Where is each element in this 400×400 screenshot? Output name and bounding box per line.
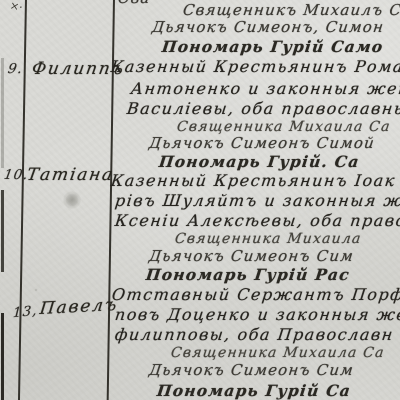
entry-name: Татіана <box>25 165 115 185</box>
page-edge-line <box>1 190 4 272</box>
entry-number: 13, <box>12 303 38 321</box>
handwritten-line: рівъ Шуляйтъ и законныя жи <box>114 193 400 209</box>
handwritten-line: Василіевы, оба православны <box>126 101 400 117</box>
handwritten-line: Казенный Крестьянинъ Іоак <box>110 173 397 189</box>
handwritten-line: Дьячокъ Симеонъ Симой <box>148 136 376 151</box>
handwritten-line: филипповы, оба Православн <box>114 327 395 343</box>
handwritten-line: Пономарь Гурій Само <box>161 39 384 55</box>
handwritten-line: Священника Михаила Са <box>170 346 385 360</box>
handwritten-line: Отставный Сержантъ Порфир <box>111 287 400 303</box>
margin-mark: ×· <box>9 0 24 14</box>
handwritten-line: Ксеніи Алексѣевы, оба правос <box>114 213 400 229</box>
handwritten-line: Священникъ Михаилъ Са <box>182 3 400 18</box>
entry-name: Павелъ <box>39 295 120 319</box>
handwritten-line: Пономарь Гурій Са <box>156 383 352 399</box>
handwritten-line: Священника Михаила Са <box>176 120 391 134</box>
entry-number: 9. <box>7 61 24 77</box>
handwritten-line: повъ Доценко и законныя жен <box>114 307 400 323</box>
ink-smudge <box>63 191 81 209</box>
cut-off-text-fragment: Сва <box>117 0 152 6</box>
page-edge-line <box>1 58 4 168</box>
handwritten-line: Казенный Крестьянинъ Романъ <box>110 59 400 75</box>
handwritten-line: Дьячокъ Симеонъ, Симон <box>151 20 385 35</box>
handwritten-line: Пономарь Гурій Рас <box>145 267 351 283</box>
handwritten-line: Дьячокъ Симеонъ Сим <box>148 249 355 264</box>
handwritten-line: Антоненко и законныя жена ег <box>130 81 400 97</box>
page-edge-line <box>1 313 4 400</box>
document-scan: ×· Сва 9. 10. 13, Филиппъ Татіана Павелъ… <box>0 0 400 400</box>
handwritten-line: Священника Михаила <box>174 232 362 246</box>
handwritten-line: Пономарь Гурій. Са <box>158 154 361 170</box>
table-column-line <box>18 0 27 400</box>
handwritten-line: Дьячокъ Симеонъ Сим <box>148 363 355 378</box>
